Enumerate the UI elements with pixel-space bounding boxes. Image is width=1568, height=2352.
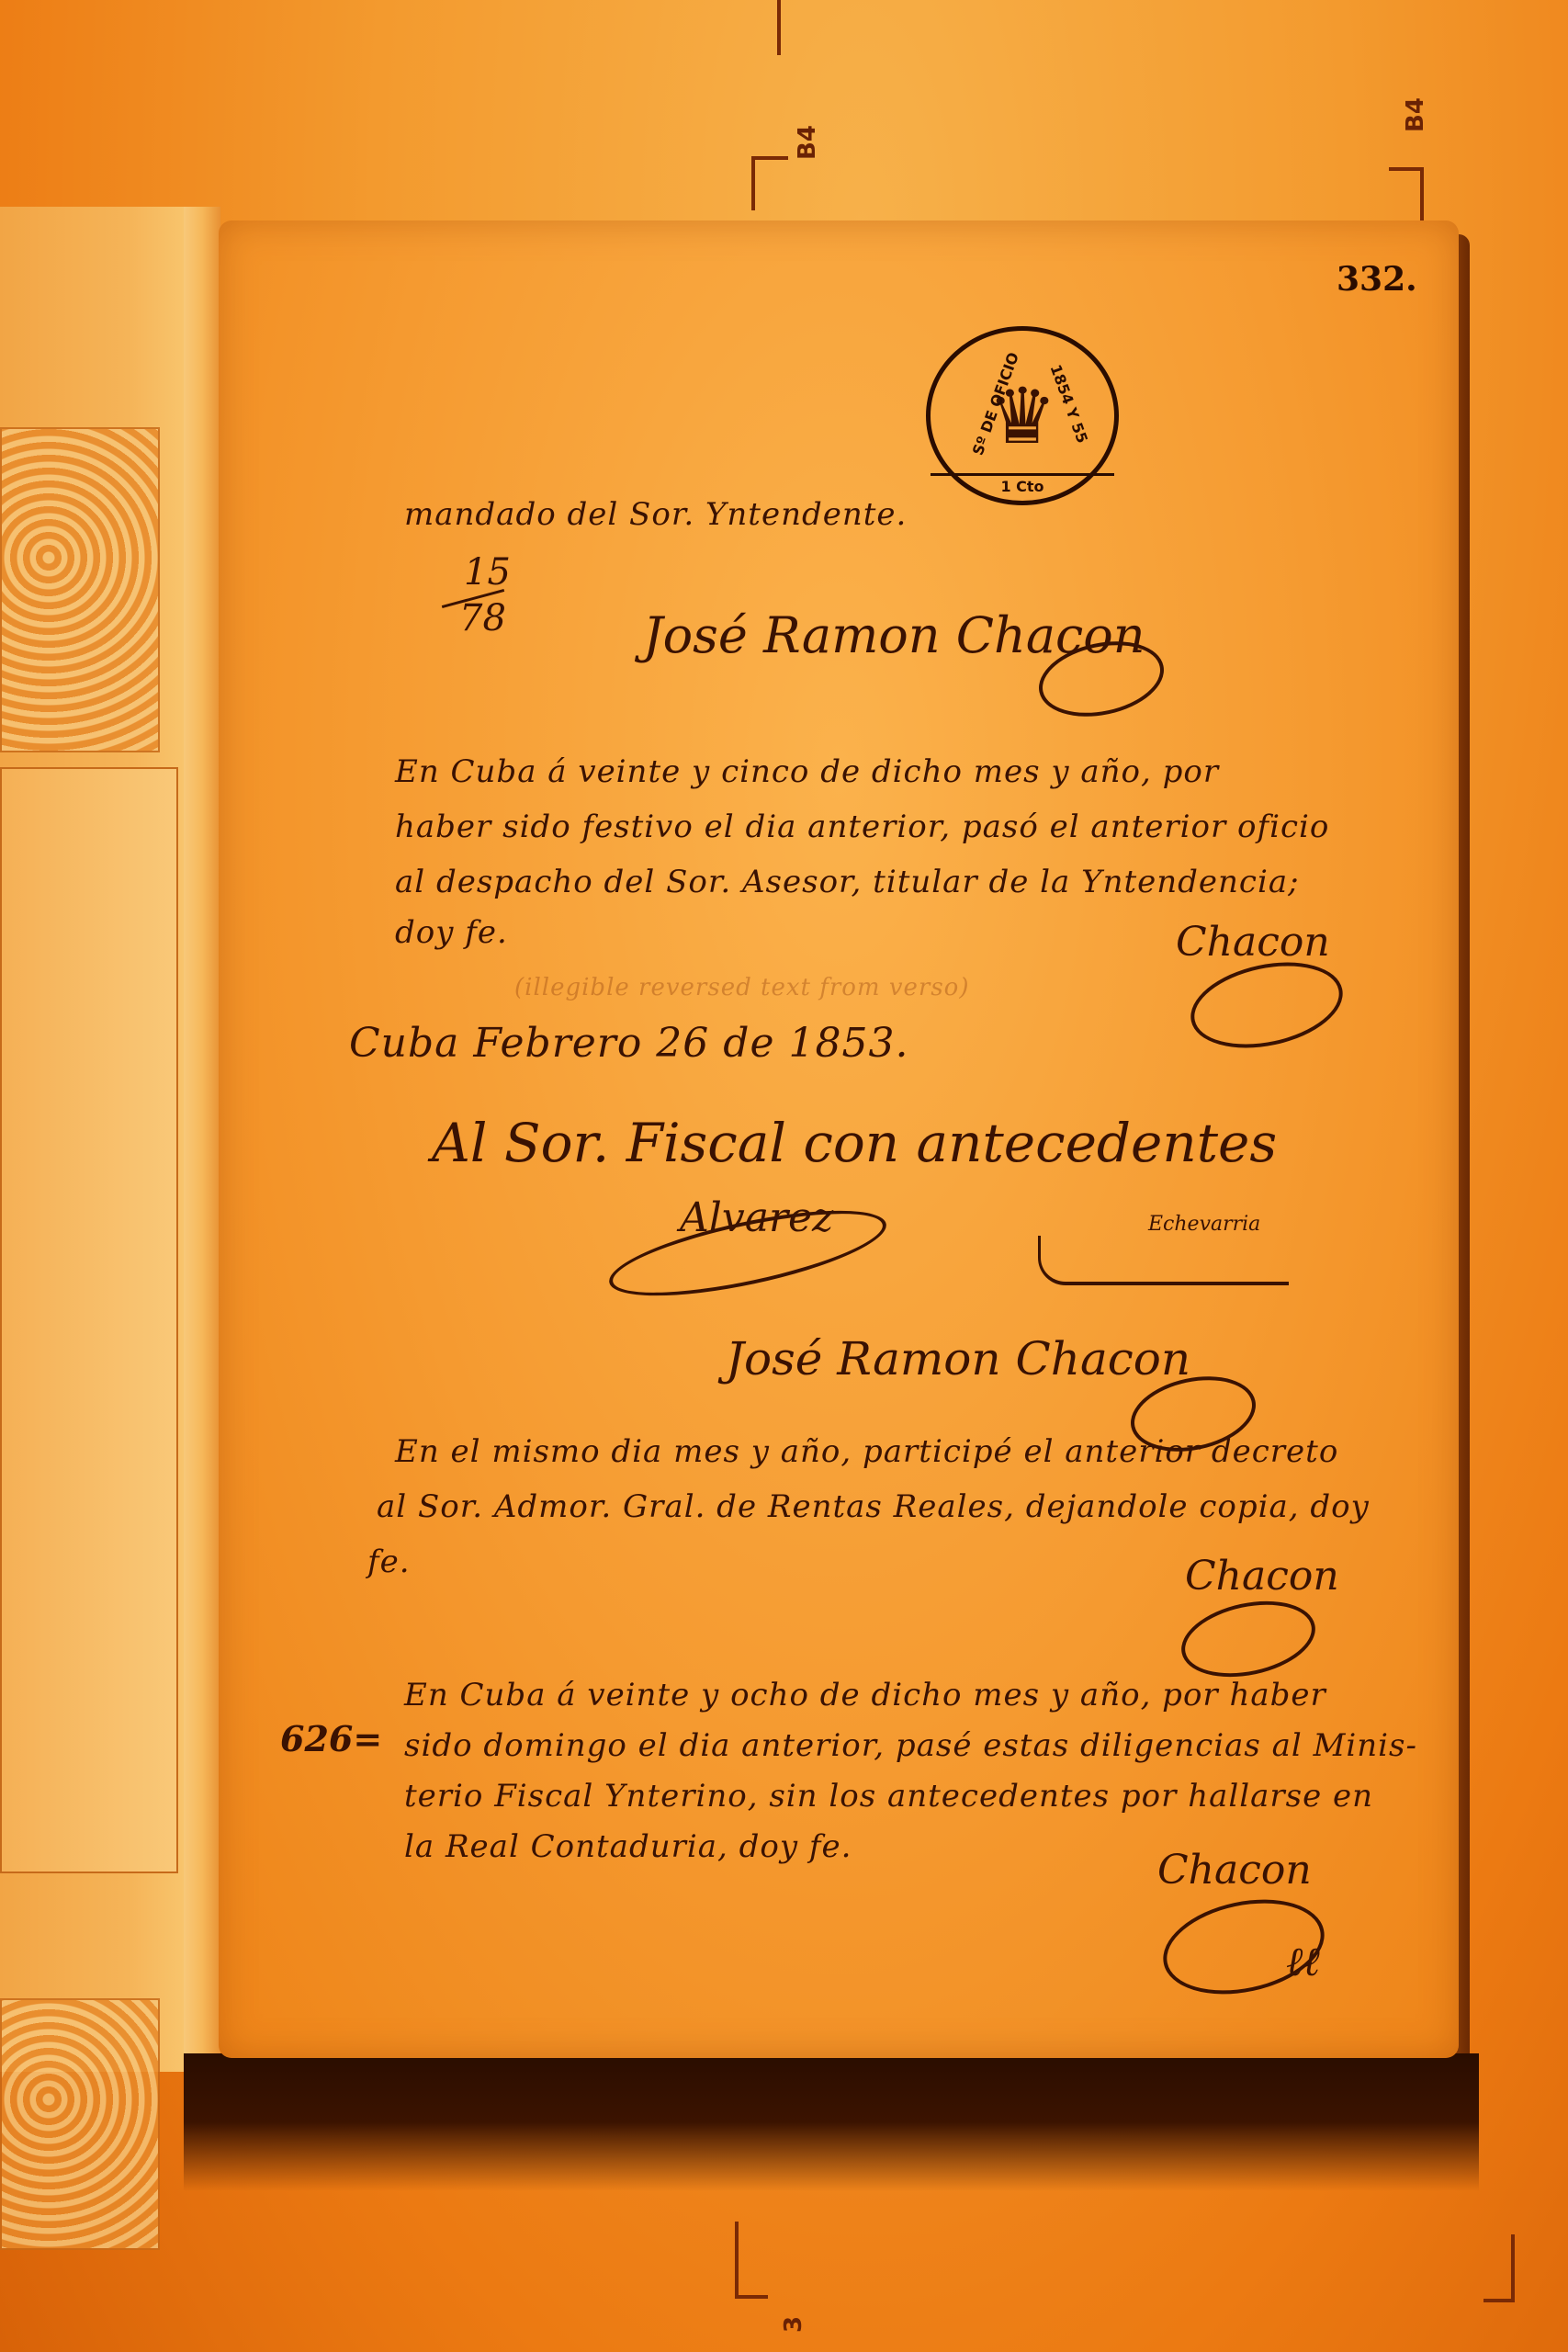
decree-line: Al Sor. Fiscal con antecedentes [432,1112,1277,1174]
margin-fraction-top: 15 [464,551,511,594]
text-line: En Cuba á veinte y cinco de dicho mes y … [395,753,1219,790]
seal-bottom-text: 1 Cto [931,473,1114,495]
signature: Chacon [1157,1847,1312,1894]
text-line: doy fe. [395,914,508,951]
text-line: fe. [367,1543,411,1580]
book-bottom-shadow [184,2053,1479,2191]
margin-fraction-bottom: 78 [459,597,506,639]
signature-underline [1038,1236,1289,1285]
text-line: haber sido festivo el dia anterior, pasó… [395,808,1329,845]
left-page-stain-block [0,1998,160,2250]
text-line: al despacho del Sor. Asesor, titular de … [395,864,1300,900]
text-line: terio Fiscal Ynterino, sin los anteceden… [404,1778,1373,1815]
signature: Chacon [1176,919,1330,966]
text-line: En Cuba á veinte y ocho de dicho mes y a… [404,1677,1326,1713]
left-facing-page [0,207,186,2072]
margin-entry-number: 626= [280,1718,382,1759]
left-page-insert [0,767,178,1873]
text-line: mandado del Sor. Yntendente. [404,496,907,533]
text-line: la Real Contaduria, doy fe. [404,1828,852,1865]
signature: Echevarria [1148,1213,1260,1236]
text-line: sido domingo el dia anterior, pasé estas… [404,1727,1417,1764]
text-line: En el mismo dia mes y año, participé el … [395,1433,1338,1470]
scale-mark-top-line [777,0,781,55]
scale-label-bottom-left: 3 [780,2316,807,2333]
scale-mark-bottom-left [735,2222,768,2299]
text-line: al Sor. Admor. Gral. de Rentas Reales, d… [377,1488,1370,1525]
scale-mark-top-left [751,156,788,210]
tax-stamp-seal: ♛ Sº DE OFICIO 1854 Y 55 1 Cto [926,326,1119,505]
signature: José Ramon Chacon [726,1332,1190,1385]
scale-mark-bottom-right [1483,2234,1515,2302]
rubric-mark: ℓℓ [1286,1939,1320,1985]
scale-mark-top-right [1389,167,1424,221]
book-spine [184,207,220,2072]
scale-label-top-left: B4 [794,125,821,160]
folio-number: 332. [1337,260,1417,299]
signature: Chacon [1185,1553,1339,1600]
date-line: Cuba Febrero 26 de 1853. [349,1020,908,1067]
bleedthrough-text: (illegible reversed text from verso) [514,974,969,1001]
scale-label-top-right: B4 [1402,97,1429,132]
left-page-stain-block [0,427,160,752]
